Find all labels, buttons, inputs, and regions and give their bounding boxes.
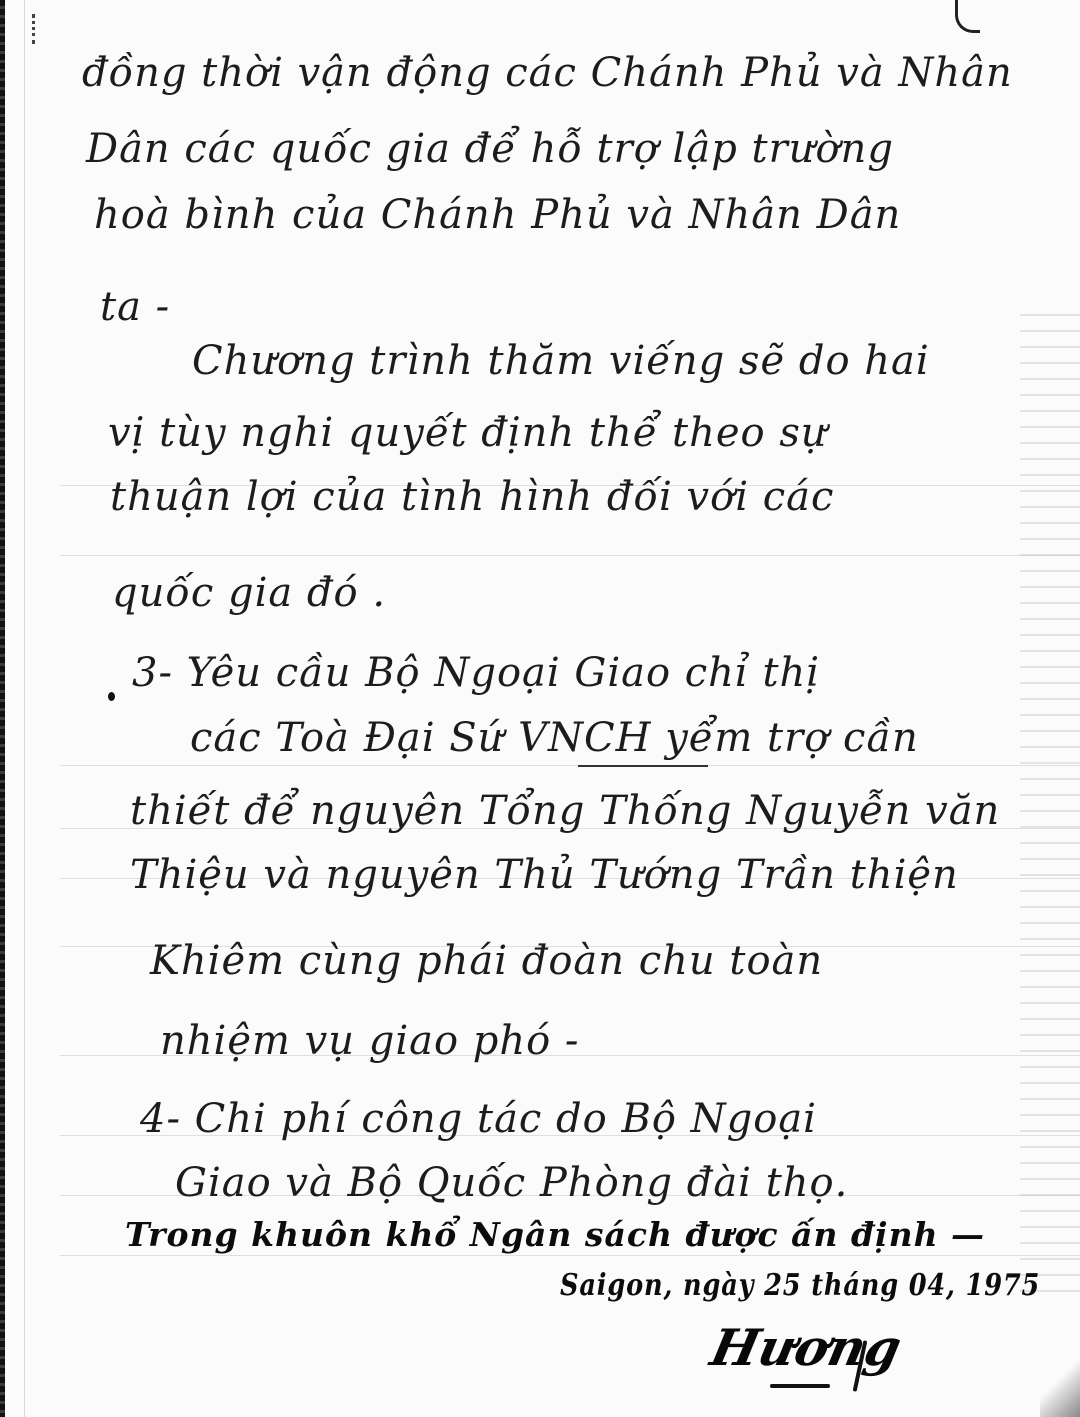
- letter-line: Khiêm cùng phái đoàn chu toàn: [150, 938, 823, 984]
- vnch-underline: [578, 765, 708, 767]
- bleed-through-noise: [1020, 300, 1080, 1300]
- letter-line: nhiệm vụ giao phó -: [160, 1018, 579, 1064]
- letter-line: thuận lợi của tình hình đối với các: [110, 474, 834, 520]
- letter-line: Thiệu và nguyên Thủ Tướng Trần thiện: [130, 852, 959, 898]
- margin-line: [24, 0, 25, 1417]
- letter-line: vị tùy nghi quyết định thể theo sự: [108, 410, 828, 456]
- signature: Hương: [706, 1318, 907, 1377]
- document-page: đồng thời vận động các Chánh Phủ và Nhân…: [0, 0, 1080, 1417]
- margin-marks: [32, 14, 39, 44]
- letter-line: quốc gia đó .: [112, 570, 386, 616]
- ruled-line: [60, 1255, 1080, 1256]
- letter-line: 3- Yêu cầu Bộ Ngoại Giao chỉ thị: [132, 650, 820, 696]
- letter-line: Chương trình thăm viếng sẽ do hai: [192, 338, 930, 384]
- letter-line: 4- Chi phí công tác do Bộ Ngoại: [140, 1096, 817, 1142]
- letter-line: Giao và Bộ Quốc Phòng đài thọ.: [175, 1160, 848, 1206]
- letter-line: các Toà Đại Sứ VNCH yểm trợ cần: [190, 715, 919, 761]
- letter-line: đồng thời vận động các Chánh Phủ và Nhân: [82, 50, 1013, 96]
- bullet-mark: [108, 692, 115, 701]
- letter-line: ta -: [100, 284, 170, 330]
- scan-shadow: [1040, 1357, 1080, 1417]
- corner-mark: [955, 0, 980, 33]
- place-date: Saigon, ngày 25 tháng 04, 1975: [560, 1268, 1040, 1303]
- signature-underline: [770, 1384, 830, 1388]
- ruled-line: [60, 555, 1080, 556]
- letter-line: thiết để nguyên Tổng Thống Nguyễn văn: [130, 788, 1000, 834]
- letter-line: Trong khuôn khổ Ngân sách được ấn định —: [125, 1215, 985, 1254]
- ruled-line: [60, 765, 1080, 766]
- letter-line: hoà bình của Chánh Phủ và Nhân Dân: [94, 192, 901, 238]
- letter-line: Dân các quốc gia để hỗ trợ lập trường: [86, 126, 894, 172]
- scan-left-border: [0, 0, 5, 1417]
